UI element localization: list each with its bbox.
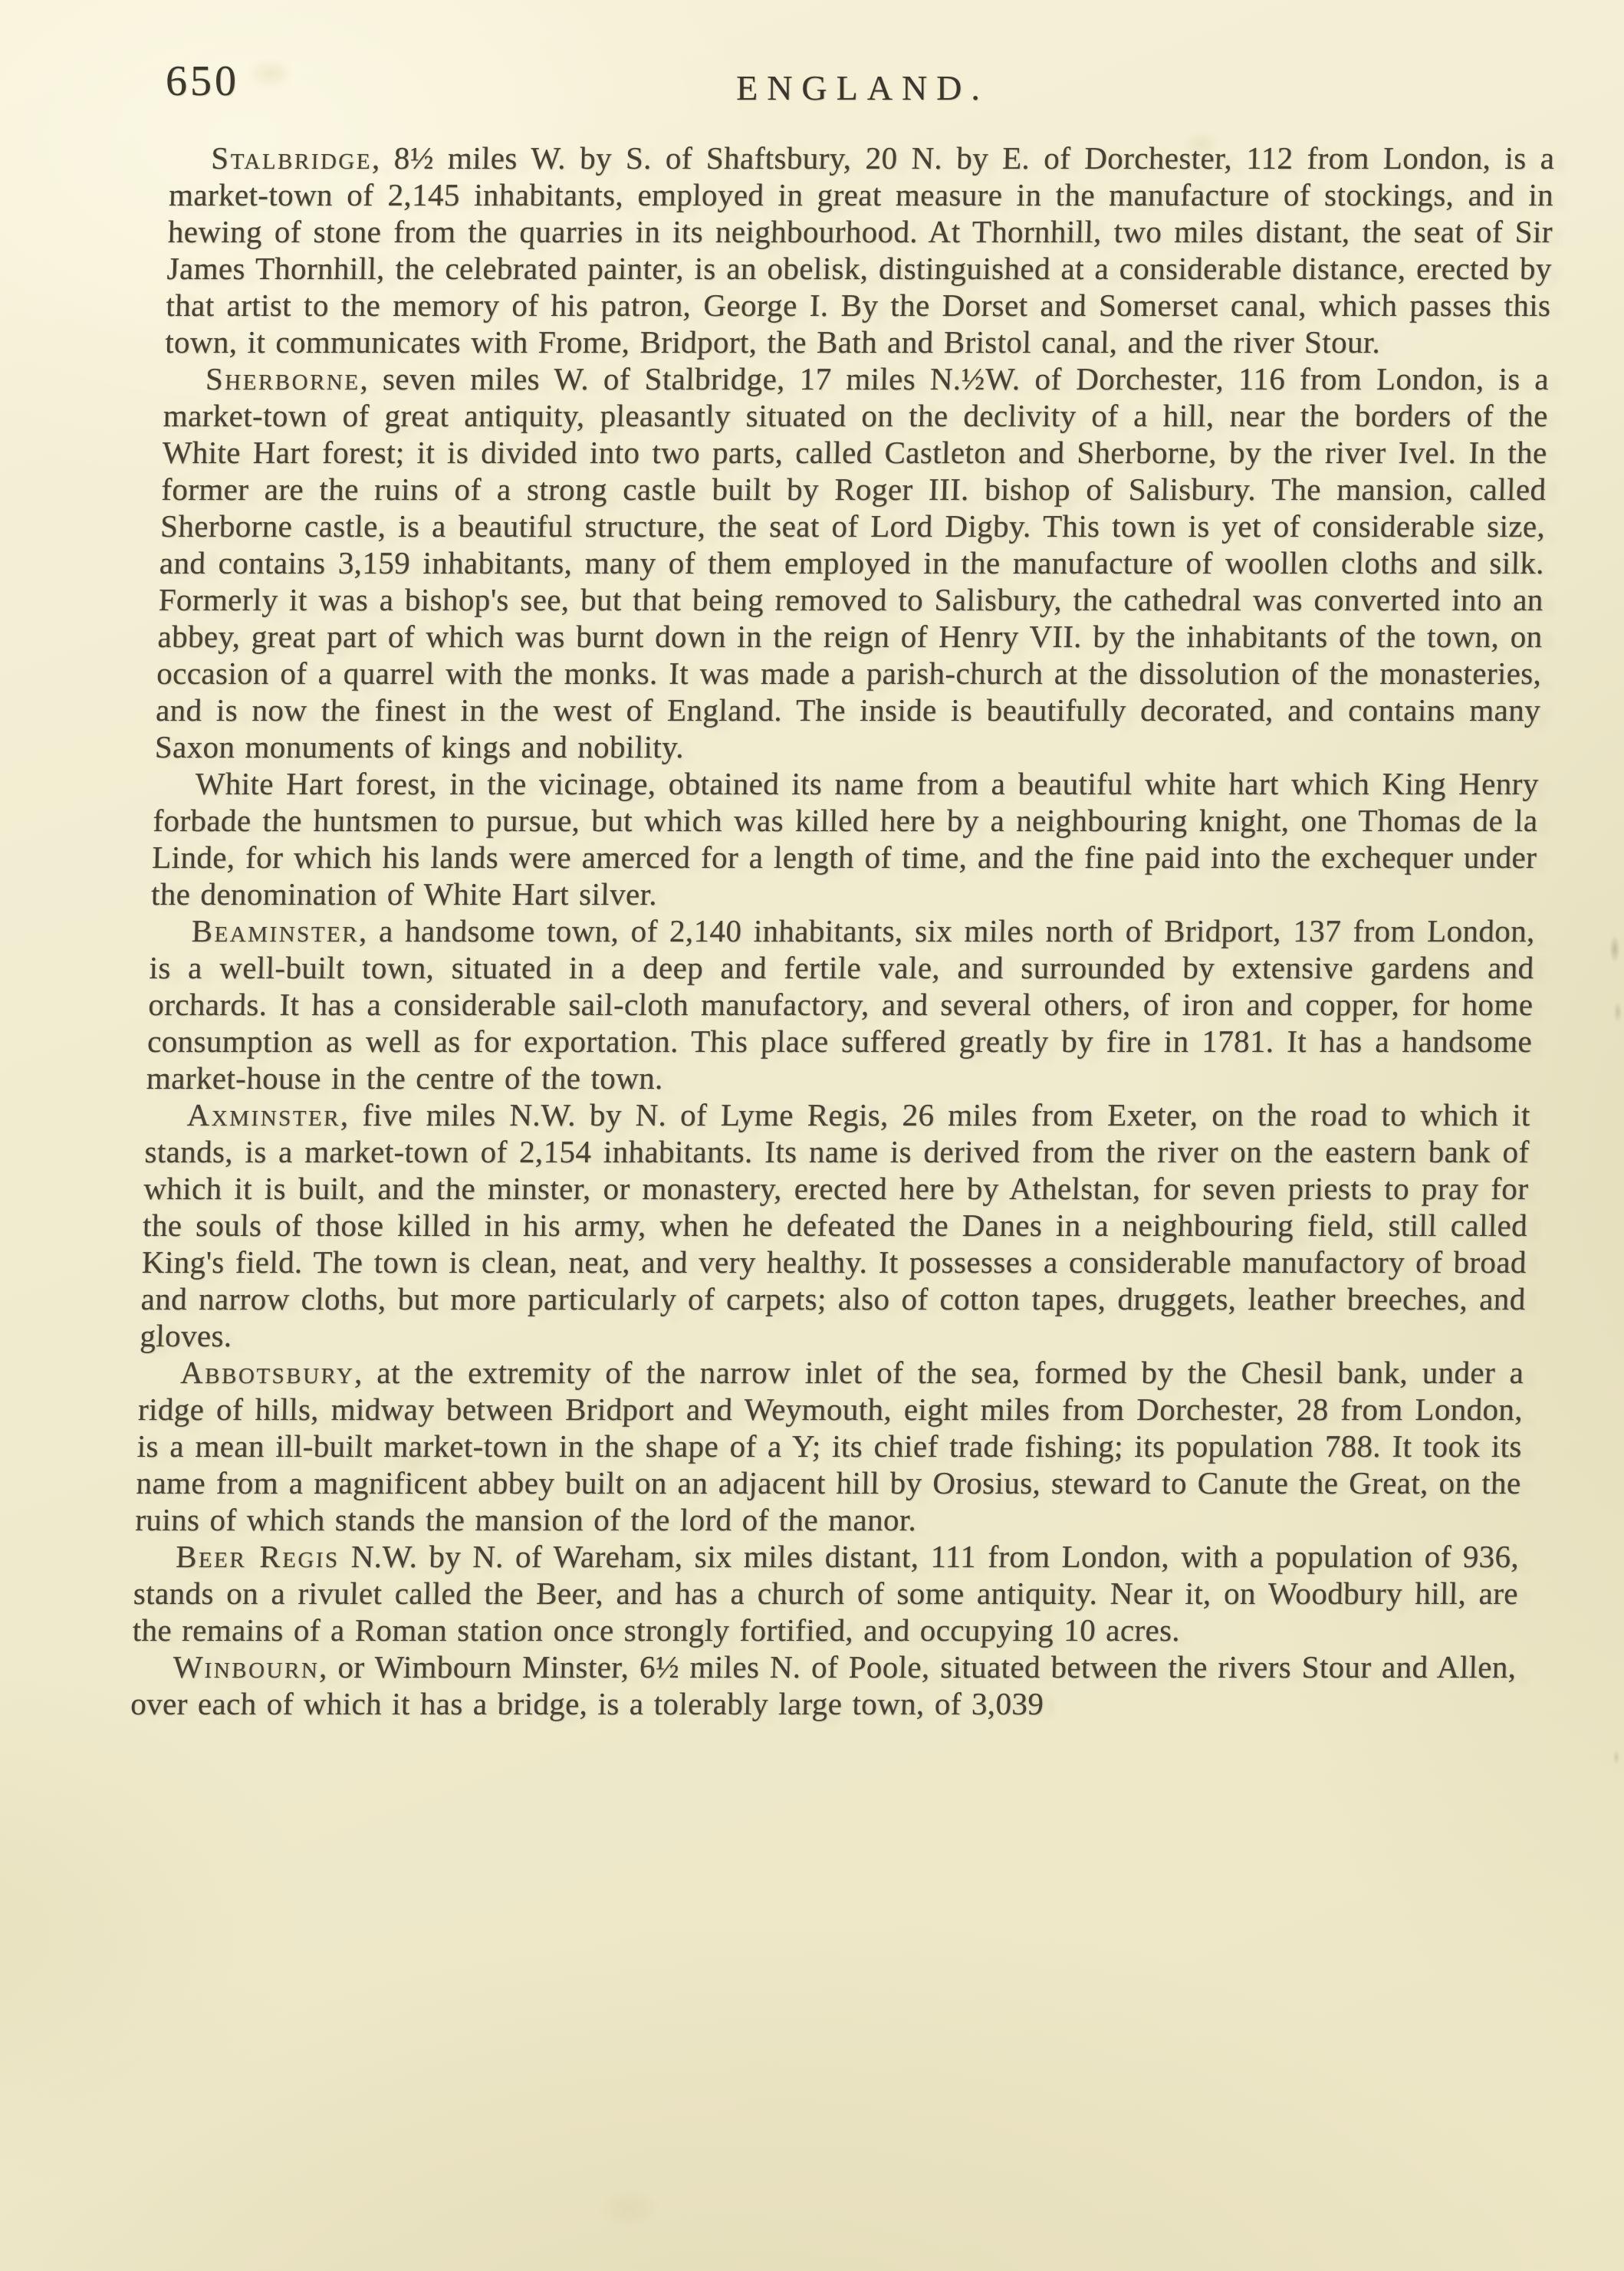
paragraph-text: N.W. by N. of Wareham, six miles distant…: [132, 1539, 1520, 1648]
paragraph-lead: Abbotsbury: [180, 1355, 355, 1390]
paragraph-winbourn: Winbourn, or Wimbourn Minster, 6½ miles …: [130, 1648, 1517, 1722]
paragraph-beer-regis: Beer Regis N.W. by N. of Wareham, six mi…: [132, 1538, 1520, 1648]
paragraph-text: , five miles N.W. by N. of Lyme Regis, 2…: [140, 1097, 1530, 1353]
paragraph-sherborne: Sherborne, seven miles W. of Stalbridge,…: [154, 360, 1549, 765]
paragraph-lead: Axminster: [186, 1097, 341, 1132]
paragraph-beaminster: Beaminster, a handsome town, of 2,140 in…: [146, 912, 1535, 1096]
book-page-scan: 650 ENGLAND. Stalbridge, 8½ miles W. by …: [0, 0, 1624, 2271]
paragraph-lead: Beaminster: [191, 913, 359, 948]
page-body: Stalbridge, 8½ miles W. by S. of Shaftsb…: [130, 140, 1555, 1722]
paragraph-text: , or Wimbourn Minster, 6½ miles N. of Po…: [130, 1649, 1517, 1721]
paragraph-axminster: Axminster, five miles N.W. by N. of Lyme…: [140, 1096, 1531, 1354]
paragraph-lead: Beer Regis: [176, 1539, 340, 1574]
paragraph-text: White Hart forest, in the vicinage, obta…: [151, 766, 1540, 912]
paragraph-text: , 8½ miles W. by S. of Shaftsbury, 20 N.…: [165, 140, 1555, 360]
paragraph-lead: Winbourn: [173, 1649, 320, 1684]
paragraph-white-hart-forest: White Hart forest, in the vicinage, obta…: [150, 765, 1539, 912]
running-title: ENGLAND.: [170, 71, 1555, 106]
paragraph-lead: Sherborne: [205, 361, 361, 396]
paragraph-stalbridge: Stalbridge, 8½ miles W. by S. of Shaftsb…: [165, 140, 1555, 360]
paragraph-text: , seven miles W. of Stalbridge, 17 miles…: [154, 361, 1549, 764]
paragraph-abbotsbury: Abbotsbury, at the extremity of the narr…: [135, 1354, 1524, 1538]
paragraph-lead: Stalbridge: [211, 140, 373, 176]
